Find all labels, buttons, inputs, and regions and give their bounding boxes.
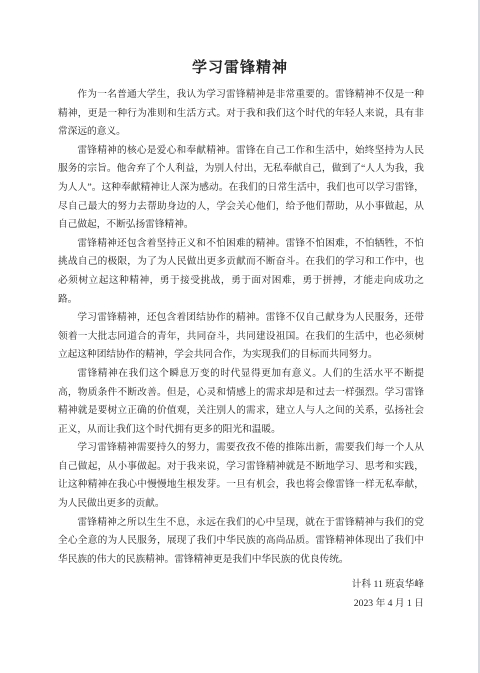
signature-block: 计科 11 班袁华峰 2023 年 4 月 1 日 — [58, 576, 424, 613]
body-paragraph: 作为一名普通大学生，我认为学习雷锋精神是非常重要的。雷锋精神不仅是一种精神，更是… — [58, 86, 424, 142]
document-page: 学习雷锋精神 作为一名普通大学生，我认为学习雷锋精神是非常重要的。雷锋精神不仅是… — [0, 0, 480, 673]
document-body: 作为一名普通大学生，我认为学习雷锋精神是非常重要的。雷锋精神不仅是一种精神，更是… — [58, 86, 424, 569]
body-paragraph: 雷锋精神的核心是爱心和奉献精神。雷锋在自己工作和生活中，始终坚持为人民服务的宗旨… — [58, 142, 424, 235]
signature-date: 2023 年 4 月 1 日 — [58, 595, 424, 614]
body-paragraph: 雷锋精神之所以生生不息，永远在我们的心中呈现，就在于雷锋精神与我们的党全心全意的… — [58, 514, 424, 570]
body-paragraph: 雷锋精神还包含着坚持正义和不怕困难的精神。雷锋不怕困难，不怕牺牲，不怕挑战自己的… — [58, 235, 424, 309]
body-paragraph: 学习雷锋精神需要持久的努力，需要孜孜不倦的推陈出新，需要我们每一个人从自己做起，… — [58, 439, 424, 513]
signature-author: 计科 11 班袁华峰 — [58, 576, 424, 595]
body-paragraph: 学习雷锋精神，还包含着团结协作的精神。雷锋不仅自己献身为人民服务，还带领着一大批… — [58, 309, 424, 365]
document-title: 学习雷锋精神 — [0, 0, 480, 77]
body-paragraph: 雷锋精神在我们这个瞬息万变的时代显得更加有意义。人们的生活水平不断提高，物质条件… — [58, 365, 424, 439]
